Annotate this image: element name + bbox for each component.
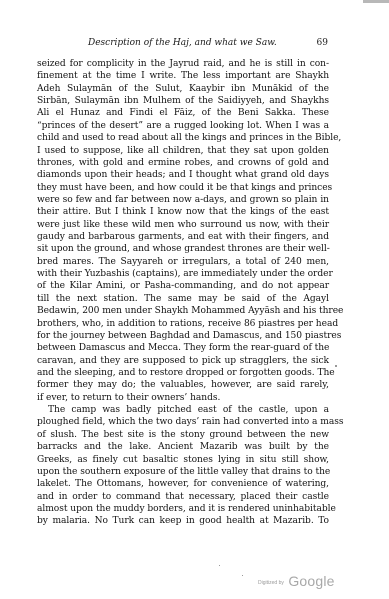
text-line: upon the southern exposure of the little…	[37, 466, 329, 478]
text-line: Greeks, as finely cut basaltic stones ly…	[37, 454, 329, 466]
text-line: caravan, and they are supposed to pick u…	[37, 355, 329, 367]
running-head-title: Description of the Haj, and what we Saw.	[88, 38, 277, 48]
text-line: child and used to read about all the kin…	[37, 132, 329, 144]
scan-speck	[242, 575, 243, 576]
text-line: brothers, who, in addition to rations, r…	[37, 318, 329, 330]
book-page: Description of the Haj, and what we Saw.…	[0, 0, 389, 599]
running-head: Description of the Haj, and what we Saw.…	[88, 38, 328, 52]
scan-corner-mark	[363, 0, 389, 3]
text-line: Ali el Hunaz and Findi el Fāiz, of the B…	[37, 107, 329, 119]
text-line: barracks and the lake. Ancient Mazarib w…	[37, 441, 329, 453]
google-watermark: Digitized by Google	[258, 573, 335, 591]
text-line: Sirbān, Sulaymān ibn Mulhem of the Saidi…	[37, 95, 329, 107]
text-line: bred mares. The Sayyareh or irregulars, …	[37, 256, 329, 268]
text-line: finement at the time I write. The less i…	[37, 70, 329, 82]
text-line: former they may do; the valuables, howev…	[37, 379, 329, 391]
text-line: I used to suppose, like all children, th…	[37, 145, 329, 157]
text-line: Bedawin, 200 men under Shaykh Mohammed A…	[37, 305, 329, 317]
text-line: of slush. The best site is the stony gro…	[37, 429, 329, 441]
text-line: they must have been, and how could it be…	[37, 182, 329, 194]
text-line: with their Yuzbashis (captains), are imm…	[37, 268, 329, 280]
text-line: of the Kilar Amini, or Pasha-commanding,…	[37, 280, 329, 292]
text-line: by malaria. No Turk can keep in good hea…	[37, 515, 329, 527]
text-line: gaudy and barbarous garments, and eat wi…	[37, 231, 329, 243]
text-line: for the journey between Baghdad and Dama…	[37, 330, 329, 342]
page-number: 69	[317, 38, 328, 48]
watermark-prefix: Digitized by	[258, 580, 284, 586]
text-line: if ever, to return to their owners’ hand…	[37, 392, 329, 404]
scan-speck	[335, 365, 337, 367]
text-line: thrones, with gold and ermine robes, and…	[37, 157, 329, 169]
text-line: and in order to command that necessary, …	[37, 491, 329, 503]
text-line: Adeh Sulaymān of the Sulut, Kaaybir ibn …	[37, 83, 329, 95]
body-text: seized for complicity in the Jayrud raid…	[37, 58, 329, 528]
text-line: lakelet. The Ottomans, however, for conv…	[37, 478, 329, 490]
text-line: were just like these wild men who surrou…	[37, 219, 329, 231]
watermark-brand: Google	[288, 573, 334, 589]
text-line: their attire. But I think I know now tha…	[37, 206, 329, 218]
text-line: “princes of the desert” are a rugged loo…	[37, 120, 329, 132]
text-line: and the sleeping, and to restore dropped…	[37, 367, 329, 379]
text-line: between Damascus and Mecca. They form th…	[37, 342, 329, 354]
text-line: diamonds upon their heads; and I thought…	[37, 169, 329, 181]
text-line: seized for complicity in the Jayrud raid…	[37, 58, 329, 70]
text-line: almost upon the muddy borders, and it is…	[37, 503, 329, 515]
text-line: ploughed field, which the two days’ rain…	[37, 416, 329, 428]
text-line: till the next station. The same may be s…	[37, 293, 329, 305]
text-line: The camp was badly pitched east of the c…	[37, 404, 329, 416]
text-line: sit upon the ground, and whose grandest …	[37, 243, 329, 255]
text-line: were so few and far between now a-days, …	[37, 194, 329, 206]
scan-speck	[219, 565, 220, 566]
